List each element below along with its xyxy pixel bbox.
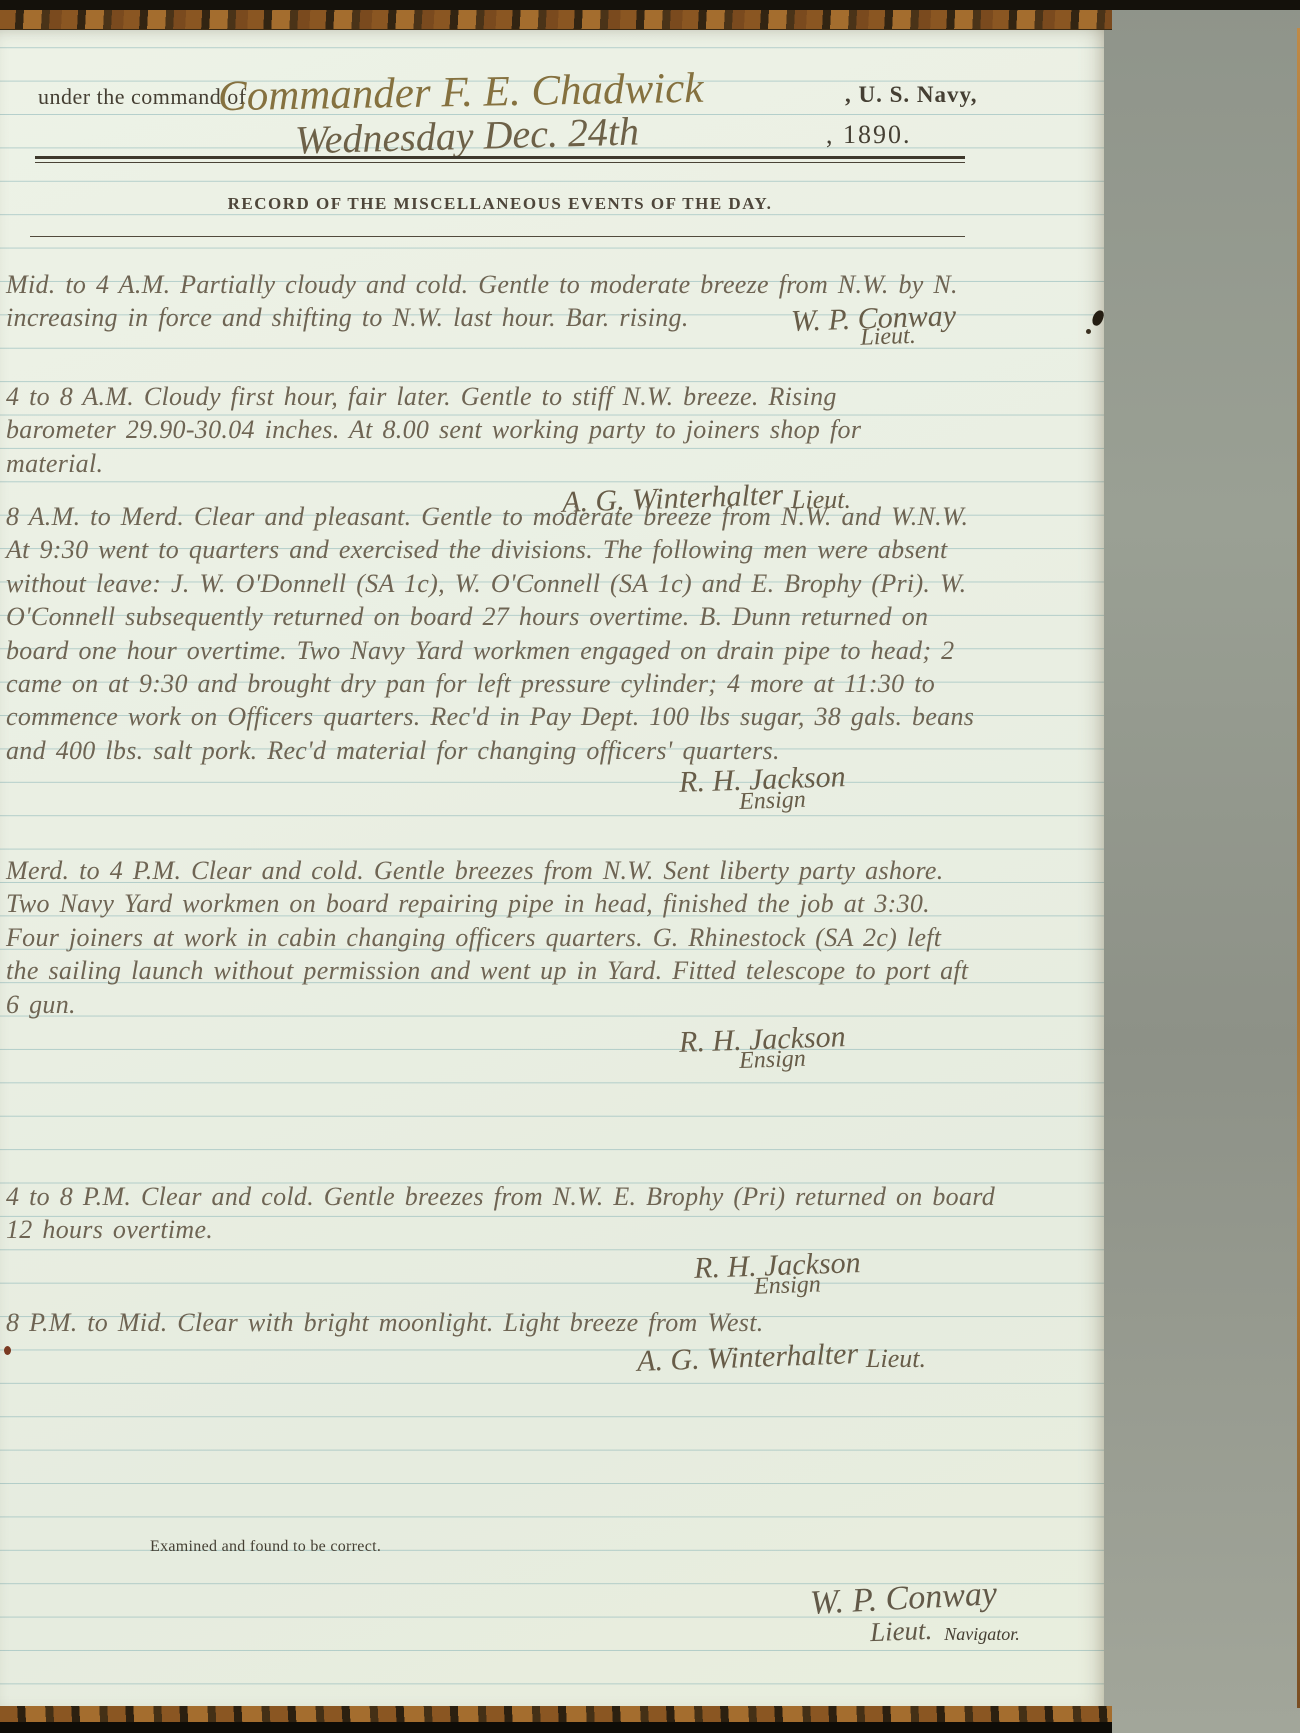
entry-signature-rank: Lieut. — [866, 1344, 926, 1373]
log-entry: 8 A.M. to Merd. Clear and pleasant. Gent… — [6, 500, 996, 830]
log-entry: 4 to 8 P.M. Clear and cold. Gentle breez… — [6, 1180, 996, 1316]
log-page: under the command of Commander F. E. Cha… — [0, 28, 1104, 1708]
entry-signature-rank: Ensign — [6, 1042, 847, 1105]
log-entry-text: 8 A.M. to Merd. Clear and pleasant. Gent… — [6, 500, 996, 767]
log-entry: 4 to 8 A.M. Cloudy first hour, fair late… — [6, 380, 906, 517]
log-entry-text: 4 to 8 A.M. Cloudy first hour, fair late… — [6, 380, 906, 480]
binding-marble-bottom — [0, 1706, 1112, 1723]
log-entry: 8 P.M. to Mid. Clear with bright moonlig… — [6, 1306, 806, 1376]
log-entry-text: 4 to 8 P.M. Clear and cold. Gentle breez… — [6, 1180, 996, 1247]
log-entry-text: 8 P.M. to Mid. Clear with bright moonlig… — [6, 1306, 806, 1339]
entry-signature-rank: Ensign — [6, 782, 847, 845]
navigator-rank: Lieut. — [869, 1615, 932, 1648]
header-double-rule — [35, 156, 965, 163]
ink-blot-small — [1086, 329, 1091, 334]
navigator-signature-block: W. P. Conway Lieut.Navigator. — [810, 1580, 1100, 1647]
header-single-rule — [30, 236, 965, 237]
log-entry: Merd. to 4 P.M. Clear and cold. Gentle b… — [6, 854, 976, 1090]
binding-edge-top — [0, 0, 1300, 10]
log-entry: Mid. to 4 A.M. Partially cloudy and cold… — [6, 268, 986, 369]
ink-blot — [1091, 309, 1105, 327]
year-label: , 1890. — [826, 120, 912, 150]
section-title: RECORD OF THE MISCELLANEOUS EVENTS OF TH… — [0, 194, 1000, 214]
command-prefix-label: under the command of — [38, 84, 247, 110]
binding-marble-top — [0, 8, 1112, 30]
gray-backing — [1100, 0, 1300, 1733]
examined-statement: Examined and found to be correct. — [150, 1538, 381, 1556]
entry-signature: A. G. Winterhalter — [637, 1338, 859, 1379]
ink-dot — [4, 1346, 11, 1355]
navigator-role-label: Navigator. — [932, 1624, 1020, 1644]
logbook-scan: under the command of Commander F. E. Cha… — [0, 0, 1300, 1733]
navy-label: , U. S. Navy, — [845, 82, 978, 108]
log-entry-text: Merd. to 4 P.M. Clear and cold. Gentle b… — [6, 854, 976, 1021]
binding-edge-bottom — [0, 1722, 1112, 1733]
